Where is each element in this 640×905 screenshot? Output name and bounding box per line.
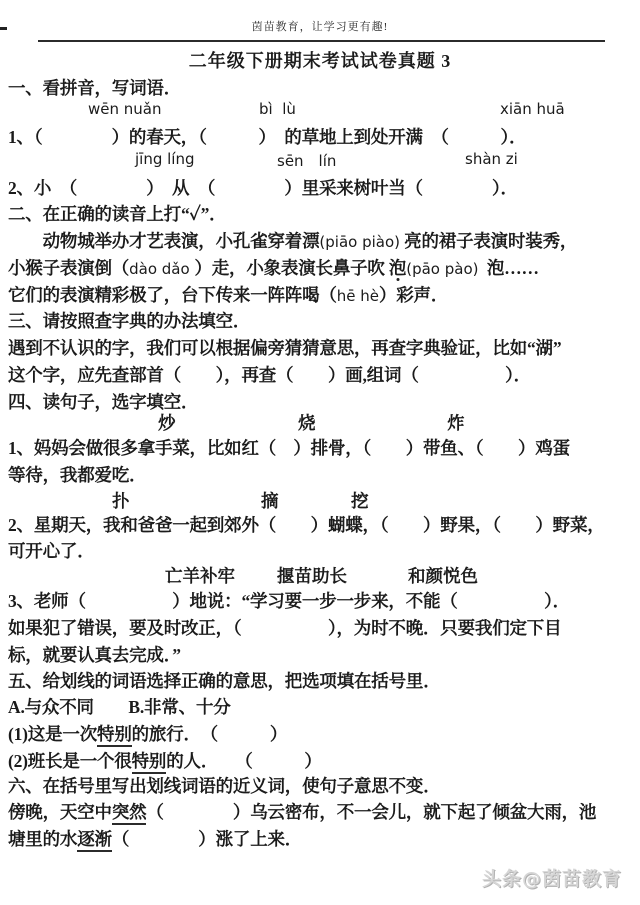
text-segment: 它们的表演精彩极了，台下传来一阵阵喝（ (8, 285, 337, 305)
text-segment: （ ）乌云密布，不一会儿，就下起了倾盆大雨，池 (146, 802, 596, 822)
section-4-q2-line-2: 可开心了． (8, 540, 636, 562)
section-4-q1-line-1: 1、妈妈会做很多拿手菜，比如红（ ）排骨，（ ）带鱼、（ ）鸡蛋 (8, 437, 636, 459)
pinyin-he-he: hē hè (337, 287, 379, 305)
exam-title: 二年级下册期末考试试卷真题 3 (0, 47, 640, 73)
text-segment: 塘里的水 (8, 829, 77, 849)
text-segment: 亮的裙子表演时装秀， (400, 231, 577, 251)
publisher-slogan: 茵苗教育，让学习更有趣! (0, 18, 640, 34)
section-5-heading: 五、给划线的词语选择正确的意思，把选项填在括号里． (8, 670, 636, 692)
section-6-line-1: 傍晚，天空中突然（ ）乌云密布，不一会儿，就下起了倾盆大雨，池 (8, 801, 636, 823)
section-4-q2-line-1: 2、星期天，我和爸爸一起到郊外（ ）蝴蝶，（ ）野果，（ ）野菜， (8, 514, 636, 536)
emphasized-char-pao: 泡 (389, 258, 406, 278)
pinyin-bi-lu: bì lù (259, 100, 296, 118)
exam-paper-page: 茵苗教育，让学习更有趣! 二年级下册期末考试试卷真题 3 一、看拼音，写词语． … (0, 0, 640, 905)
text-segment: 动物城举办才艺表演，小孔雀穿着漂 (8, 231, 319, 251)
idiom-he-yan-yue-se: 和颜悦色 (408, 563, 478, 588)
section-5-q1: (1)这是一次特别的旅行． （ ） (8, 723, 636, 745)
text-segment: 傍晚，天空中 (8, 802, 112, 822)
text-segment: 的旅行． （ ） (132, 724, 288, 744)
pinyin-jing-ling: jīng líng (135, 150, 195, 168)
toutiao-watermark: 头条@茵苗教育 (482, 864, 622, 891)
text-segment: （ ）涨了上来． (112, 829, 302, 849)
pinyin-row-1: wēn nuǎn bì lù xiān huā (0, 100, 640, 122)
text-segment: ）走，小象表演长鼻子吹 (194, 258, 388, 278)
section-2-heading: 二、在正确的读音上打“✓”． (8, 203, 636, 225)
text-segment: 的人． （ ） (166, 751, 322, 771)
pinyin-shan-zi: shàn zi (465, 150, 518, 168)
pinyin-piao-piao: (piāo piào) (319, 233, 400, 251)
choice-char-chao: 炒 (158, 410, 176, 435)
section-2-line-2: 小猴子表演倒（dào dǎo ）走，小象表演长鼻子吹 泡(pāo pào) 泡…… (8, 257, 636, 280)
pinyin-xian-hua: xiān huā (500, 100, 565, 118)
idiom-choices-row: 亡羊补牢 揠苗助长 和颜悦色 (0, 563, 640, 585)
idiom-ya-miao-zhu-zhang: 揠苗助长 (277, 563, 347, 588)
underlined-word-zhujian: 逐渐 (77, 829, 112, 852)
text-segment: 小猴子表演倒（ (8, 258, 129, 278)
section-4-q1-line-2: 等待，我都爱吃． (8, 464, 636, 486)
section-4-q3-line-1: 3、老师（ ）地说：“学习要一步一步来，不能（ ）． (8, 590, 636, 612)
pinyin-sen-lin: sēn lín (277, 150, 336, 171)
choice-char-zhai: 摘 (261, 488, 279, 513)
section-4-q3-line-3: 标，就要认真去完成．” (8, 644, 636, 666)
pinyin-row-2: jīng líng sēn lín shàn zi (0, 150, 640, 172)
section-5-q2: (2)班长是一个很特别的人． （ ） (8, 750, 636, 772)
section-3-line-2: 这个字，应先查部首（ ），再查（ ）画,组词（ ）． (8, 364, 636, 386)
section-5-options: A.与众不同 B.非常、十分 (8, 696, 636, 718)
underlined-word-tebie: 特别 (132, 751, 167, 774)
section-2-line-3: 它们的表演精彩极了，台下传来一阵阵喝（hē hè）彩声． (8, 284, 636, 307)
text-segment: 泡…… (479, 258, 539, 278)
section-3-heading: 三、请按照查字典的办法填空． (8, 310, 636, 332)
char-choices-row-1: 炒 烧 炸 (0, 410, 640, 432)
pinyin-dao-dao: dào dǎo (129, 260, 194, 278)
idiom-wang-yang-bu-lao: 亡羊补牢 (165, 563, 235, 588)
section-1-heading: 一、看拼音，写词语． (8, 77, 636, 99)
char-choices-row-2: 扑 摘 挖 (0, 488, 640, 510)
choice-char-wa: 挖 (351, 488, 369, 513)
section-4-q3-line-2: 如果犯了错误，要及时改正，（ ），为时不晚．只要我们定下目 (8, 617, 636, 639)
pinyin-wen-nuan: wēn nuǎn (88, 100, 161, 118)
underlined-word-tebie: 特别 (97, 724, 132, 747)
text-segment: (1)这是一次 (8, 724, 97, 744)
choice-char-shao: 烧 (298, 410, 316, 435)
header-divider-line (38, 40, 605, 42)
question-2-fill-blank: 2、小 （ ） 从 （ ）里采来树叶当（ ）． (8, 177, 636, 199)
question-1-fill-blank: 1、（ ）的春天，（ ） 的草地上到处开满 （ ）． (8, 126, 636, 148)
section-3-line-1: 遇到不认识的字，我们可以根据偏旁猜猜意思，再查字典验证，比如“湖” (8, 337, 636, 359)
choice-char-pu: 扑 (112, 488, 130, 513)
choice-char-zha: 炸 (447, 410, 465, 435)
section-6-heading: 六、在括号里写出划线词语的近义词，使句子意思不变． (8, 775, 636, 797)
section-6-line-2: 塘里的水逐渐（ ）涨了上来． (8, 828, 636, 850)
pinyin-pao-pao: (pāo pào) (406, 260, 478, 278)
underlined-word-turan: 突然 (112, 802, 147, 825)
text-segment: ）彩声． (379, 285, 448, 305)
section-2-line-1: 动物城举办才艺表演，小孔雀穿着漂(piāo piào) 亮的裙子表演时装秀， (8, 230, 636, 253)
text-segment: (2)班长是一个很 (8, 751, 132, 771)
